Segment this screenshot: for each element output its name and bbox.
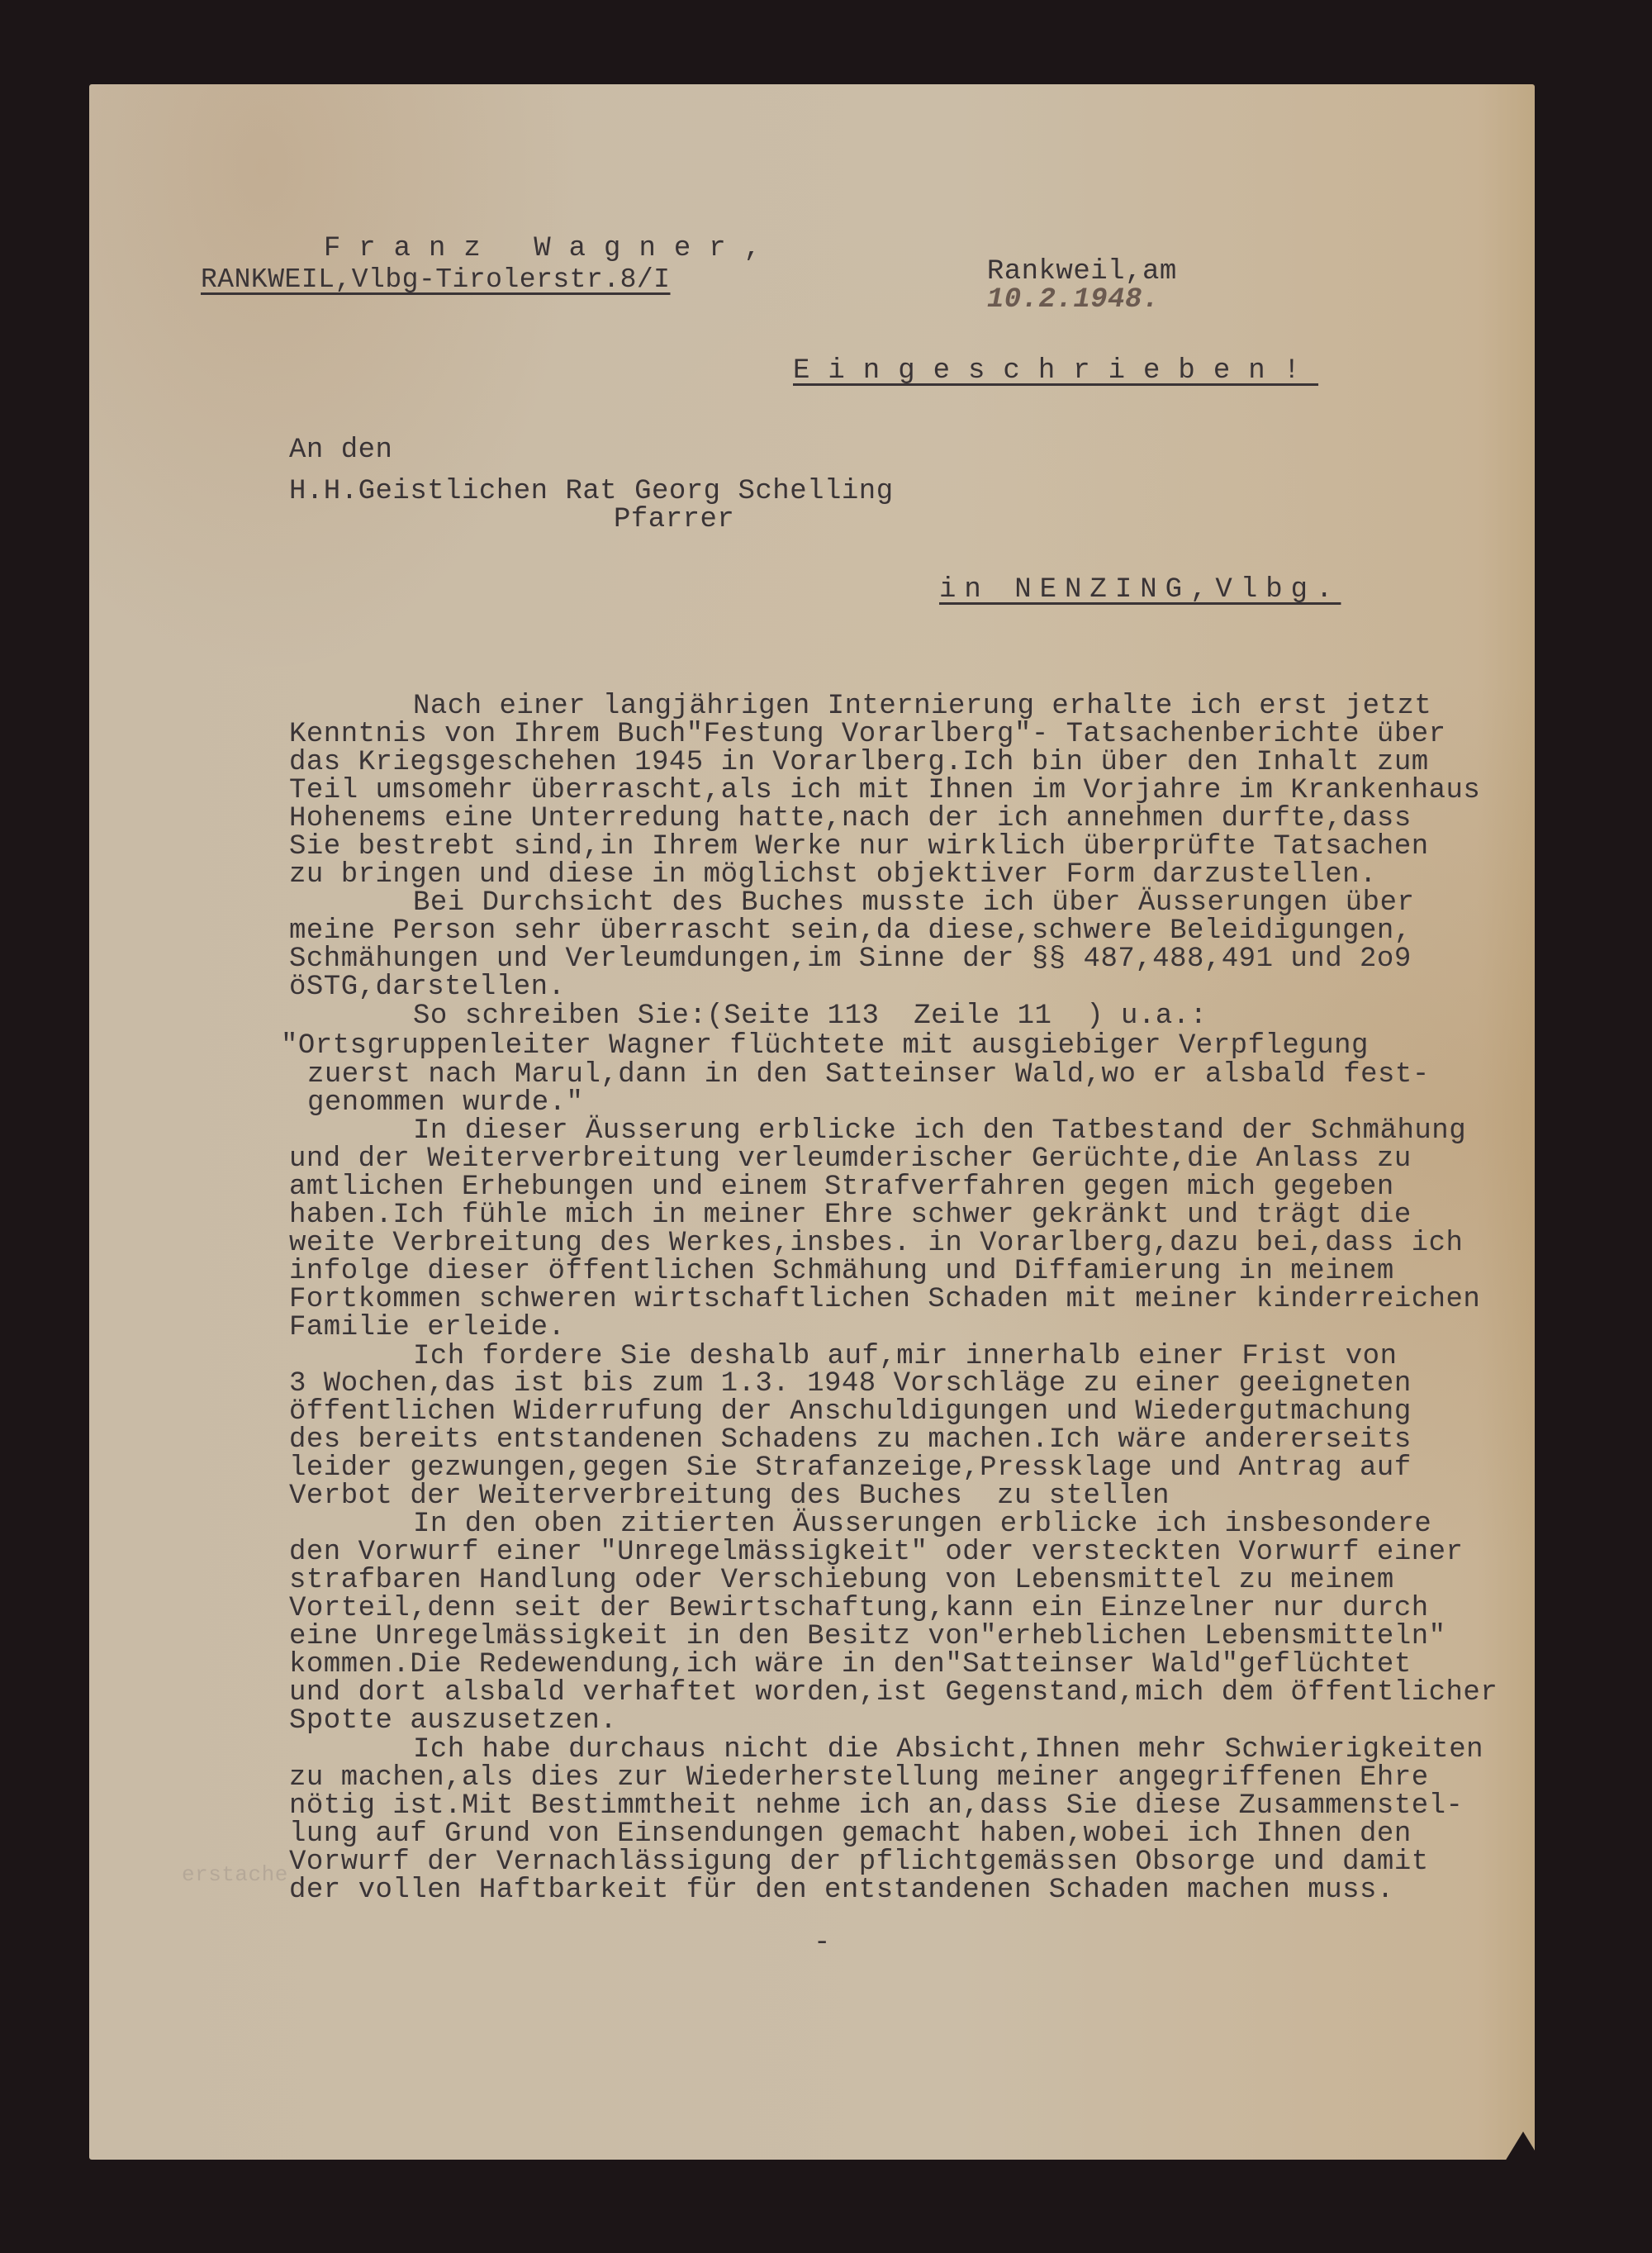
body-line: Nach einer langjährigen Internierung erh… (413, 692, 1431, 720)
body-line: Spotte auszusetzen. (289, 1707, 617, 1735)
end-dash: - (814, 1929, 831, 1957)
body-line: meine Person sehr überrascht sein,da die… (289, 917, 1412, 945)
body-line: Ich habe durchaus nicht die Absicht,Ihne… (413, 1736, 1483, 1764)
body-line: nötig ist.Mit Bestimmtheit nehme ich an,… (289, 1792, 1463, 1820)
body-line: "Ortsgruppenleiter Wagner flüchtete mit … (281, 1032, 1369, 1060)
body-line: Verbot der Weiterverbreitung des Buches … (289, 1482, 1170, 1510)
body-line: der vollen Haftbarkeit für den entstande… (289, 1876, 1394, 1904)
recipient-title: Pfarrer (614, 506, 734, 534)
body-line: Vorwurf der Vernachlässigung der pflicht… (289, 1848, 1429, 1876)
body-line: 3 Wochen,das ist bis zum 1.3. 1948 Vorsc… (289, 1370, 1412, 1398)
body-line: leider gezwungen,gegen Sie Strafanzeige,… (289, 1454, 1412, 1482)
body-line: zu bringen und diese in möglichst objekt… (289, 861, 1377, 889)
body-line: und der Weiterverbreitung verleumderisch… (289, 1145, 1412, 1173)
recipient-name: H.H.Geistlichen Rat Georg Schelling (289, 478, 894, 506)
body-line: den Vorwurf einer "Unregelmässigkeit" od… (289, 1538, 1463, 1566)
body-line: Schmähungen und Verleumdungen,im Sinne d… (289, 945, 1412, 973)
body-line: Ich fordere Sie deshalb auf,mir innerhal… (413, 1343, 1398, 1371)
body-line: öffentlichen Widerrufung der Anschuldigu… (289, 1398, 1412, 1426)
recipient-salutation: An den (289, 436, 392, 464)
body-line: kommen.Die Redewendung,ich wäre in den"S… (289, 1651, 1412, 1679)
sender-name-text: Franz Wagner, (324, 233, 779, 264)
body-line: des bereits entstandenen Schadens zu mac… (289, 1426, 1412, 1454)
body-line: Fortkommen schweren wirtschaftlichen Sch… (289, 1286, 1480, 1314)
body-line: infolge dieser öffentlichen Schmähung un… (289, 1257, 1394, 1286)
body-line: In dieser Äusserung erblicke ich den Tat… (413, 1117, 1466, 1145)
body-line: eine Unregelmässigkeit in den Besitz von… (289, 1623, 1446, 1651)
body-line: lung auf Grund von Einsendungen gemacht … (289, 1820, 1412, 1848)
body-line: und dort alsbald verhaftet worden,ist Ge… (289, 1679, 1498, 1707)
body-line: Hohenems eine Unterredung hatte,nach der… (289, 805, 1412, 833)
body-line: weite Verbreitung des Werkes,insbes. in … (289, 1229, 1463, 1257)
place-date: Rankweil,am 10.2.1948. (952, 230, 1177, 314)
body-line: Kenntnis von Ihrem Buch"Festung Vorarlbe… (289, 720, 1446, 749)
body-line: So schreiben Sie:(Seite 113 Zeile 11 ) u… (413, 1002, 1208, 1030)
paper-tear (1505, 2132, 1541, 2161)
place-label: Rankweil,am (987, 256, 1177, 288)
body-line: öSTG,darstellen. (289, 973, 565, 1001)
sender-address: RANKWEIL,Vlbg-Tirolerstr.8/I (201, 266, 671, 293)
body-line: In den oben zitierten Äusserungen erblic… (413, 1510, 1431, 1538)
body-line: Sie bestrebt sind,in Ihrem Werke nur wir… (289, 833, 1429, 861)
body-line: das Kriegsgeschehen 1945 in Vorarlberg.I… (289, 749, 1429, 777)
body-line: Vorteil,denn seit der Bewirtschaftung,ka… (289, 1595, 1429, 1623)
registered-mark: Eingeschrieben! (793, 357, 1318, 385)
margin-bleed-text: erstache (182, 1864, 288, 1885)
body-line: haben.Ich fühle mich in meiner Ehre schw… (289, 1201, 1412, 1229)
recipient-location: in NENZING,Vlbg. (939, 576, 1341, 604)
body-line: amtlichen Erhebungen und einem Strafverf… (289, 1173, 1394, 1201)
body-line: Bei Durchsicht des Buches musste ich übe… (413, 889, 1414, 917)
body-line: zuerst nach Marul,dann in den Satteinser… (307, 1061, 1430, 1089)
body-line: Familie erleide. (289, 1314, 565, 1342)
body-line: zu machen,als dies zur Wiederherstellung… (289, 1764, 1429, 1792)
body-line: genommen wurde." (307, 1089, 583, 1117)
sender-name: Franz Wagner, (289, 207, 779, 263)
body-line: Teil umsomehr überrascht,als ich mit Ihn… (289, 777, 1480, 805)
handwritten-date: 10.2.1948. (987, 284, 1160, 316)
body-line: strafbaren Handlung oder Verschiebung vo… (289, 1566, 1394, 1595)
